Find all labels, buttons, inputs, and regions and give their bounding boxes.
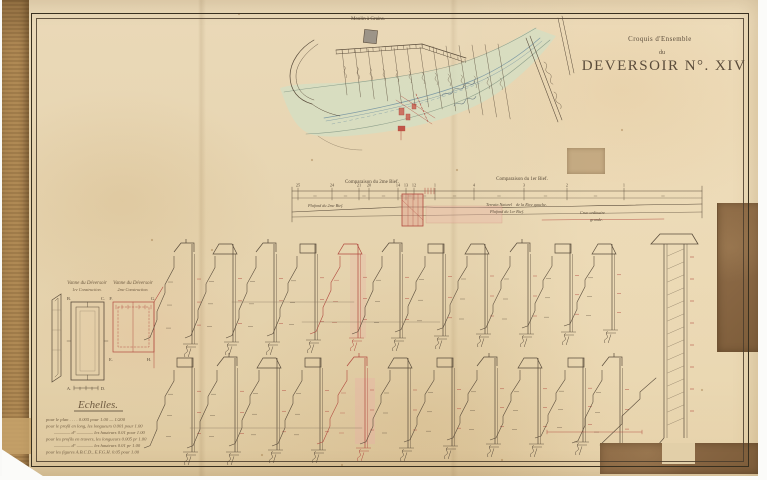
tape-light-flap: [2, 418, 31, 454]
binding-tape-left: [2, 0, 29, 476]
page-background: Moulin à Grains. Croquis d'Ensemble du D…: [0, 0, 767, 480]
page-edge-bottom: [0, 476, 767, 480]
border-frame-inner: [36, 18, 744, 462]
page-edge-right: [758, 0, 767, 480]
drawing-sheet: Moulin à Grains. Croquis d'Ensemble du D…: [2, 0, 758, 476]
